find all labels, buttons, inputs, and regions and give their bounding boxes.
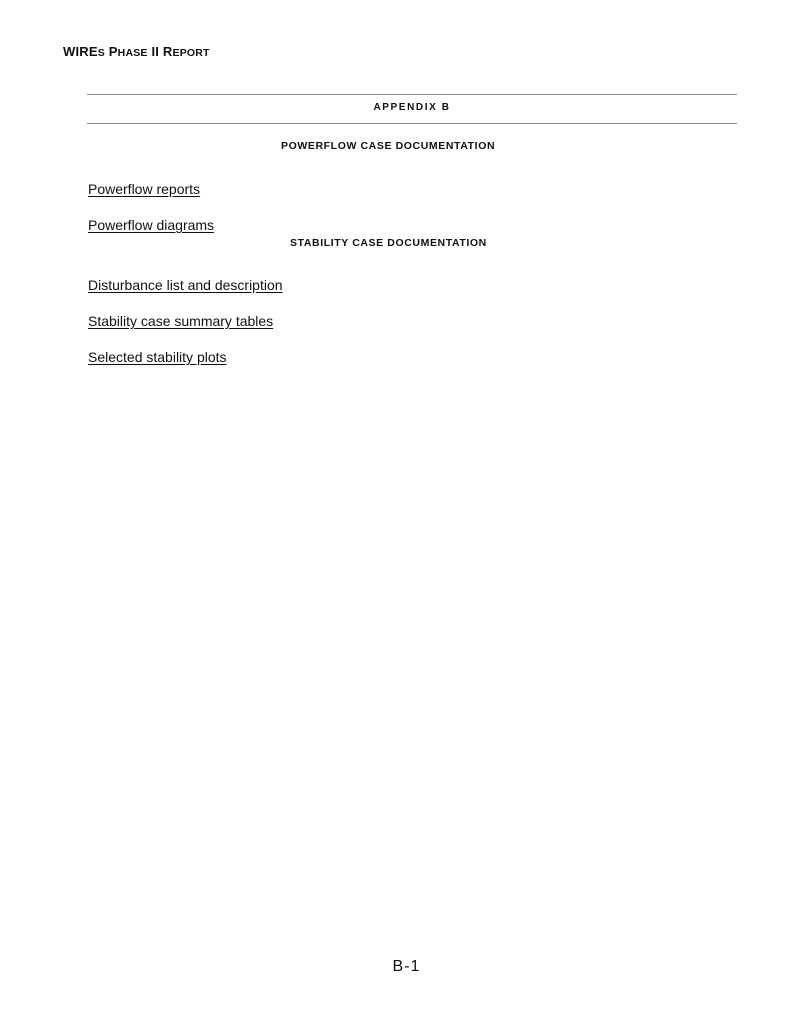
header-part: EPORT — [172, 47, 209, 59]
header-part: HASE — [118, 47, 148, 59]
report-running-header: WIRES PHASE II REPORT — [63, 44, 210, 59]
top-divider — [87, 94, 737, 95]
appendix-title: APPENDIX B — [87, 102, 737, 113]
header-part: WIRE — [63, 44, 98, 59]
selected-stability-plots-link[interactable]: Selected stability plots — [88, 349, 227, 365]
page-number: B-1 — [0, 958, 791, 976]
header-part: S — [98, 47, 105, 59]
header-part: P — [105, 44, 118, 59]
header-part: II R — [148, 44, 173, 59]
stability-summary-tables-link[interactable]: Stability case summary tables — [88, 313, 273, 329]
disturbance-list-link[interactable]: Disturbance list and description — [88, 277, 283, 293]
powerflow-section-heading: POWERFLOW CASE DOCUMENTATION — [281, 140, 495, 152]
stability-section-heading: STABILITY CASE DOCUMENTATION — [290, 237, 487, 249]
bottom-divider — [87, 123, 737, 124]
powerflow-reports-link[interactable]: Powerflow reports — [88, 181, 200, 197]
powerflow-diagrams-link[interactable]: Powerflow diagrams — [88, 217, 214, 233]
